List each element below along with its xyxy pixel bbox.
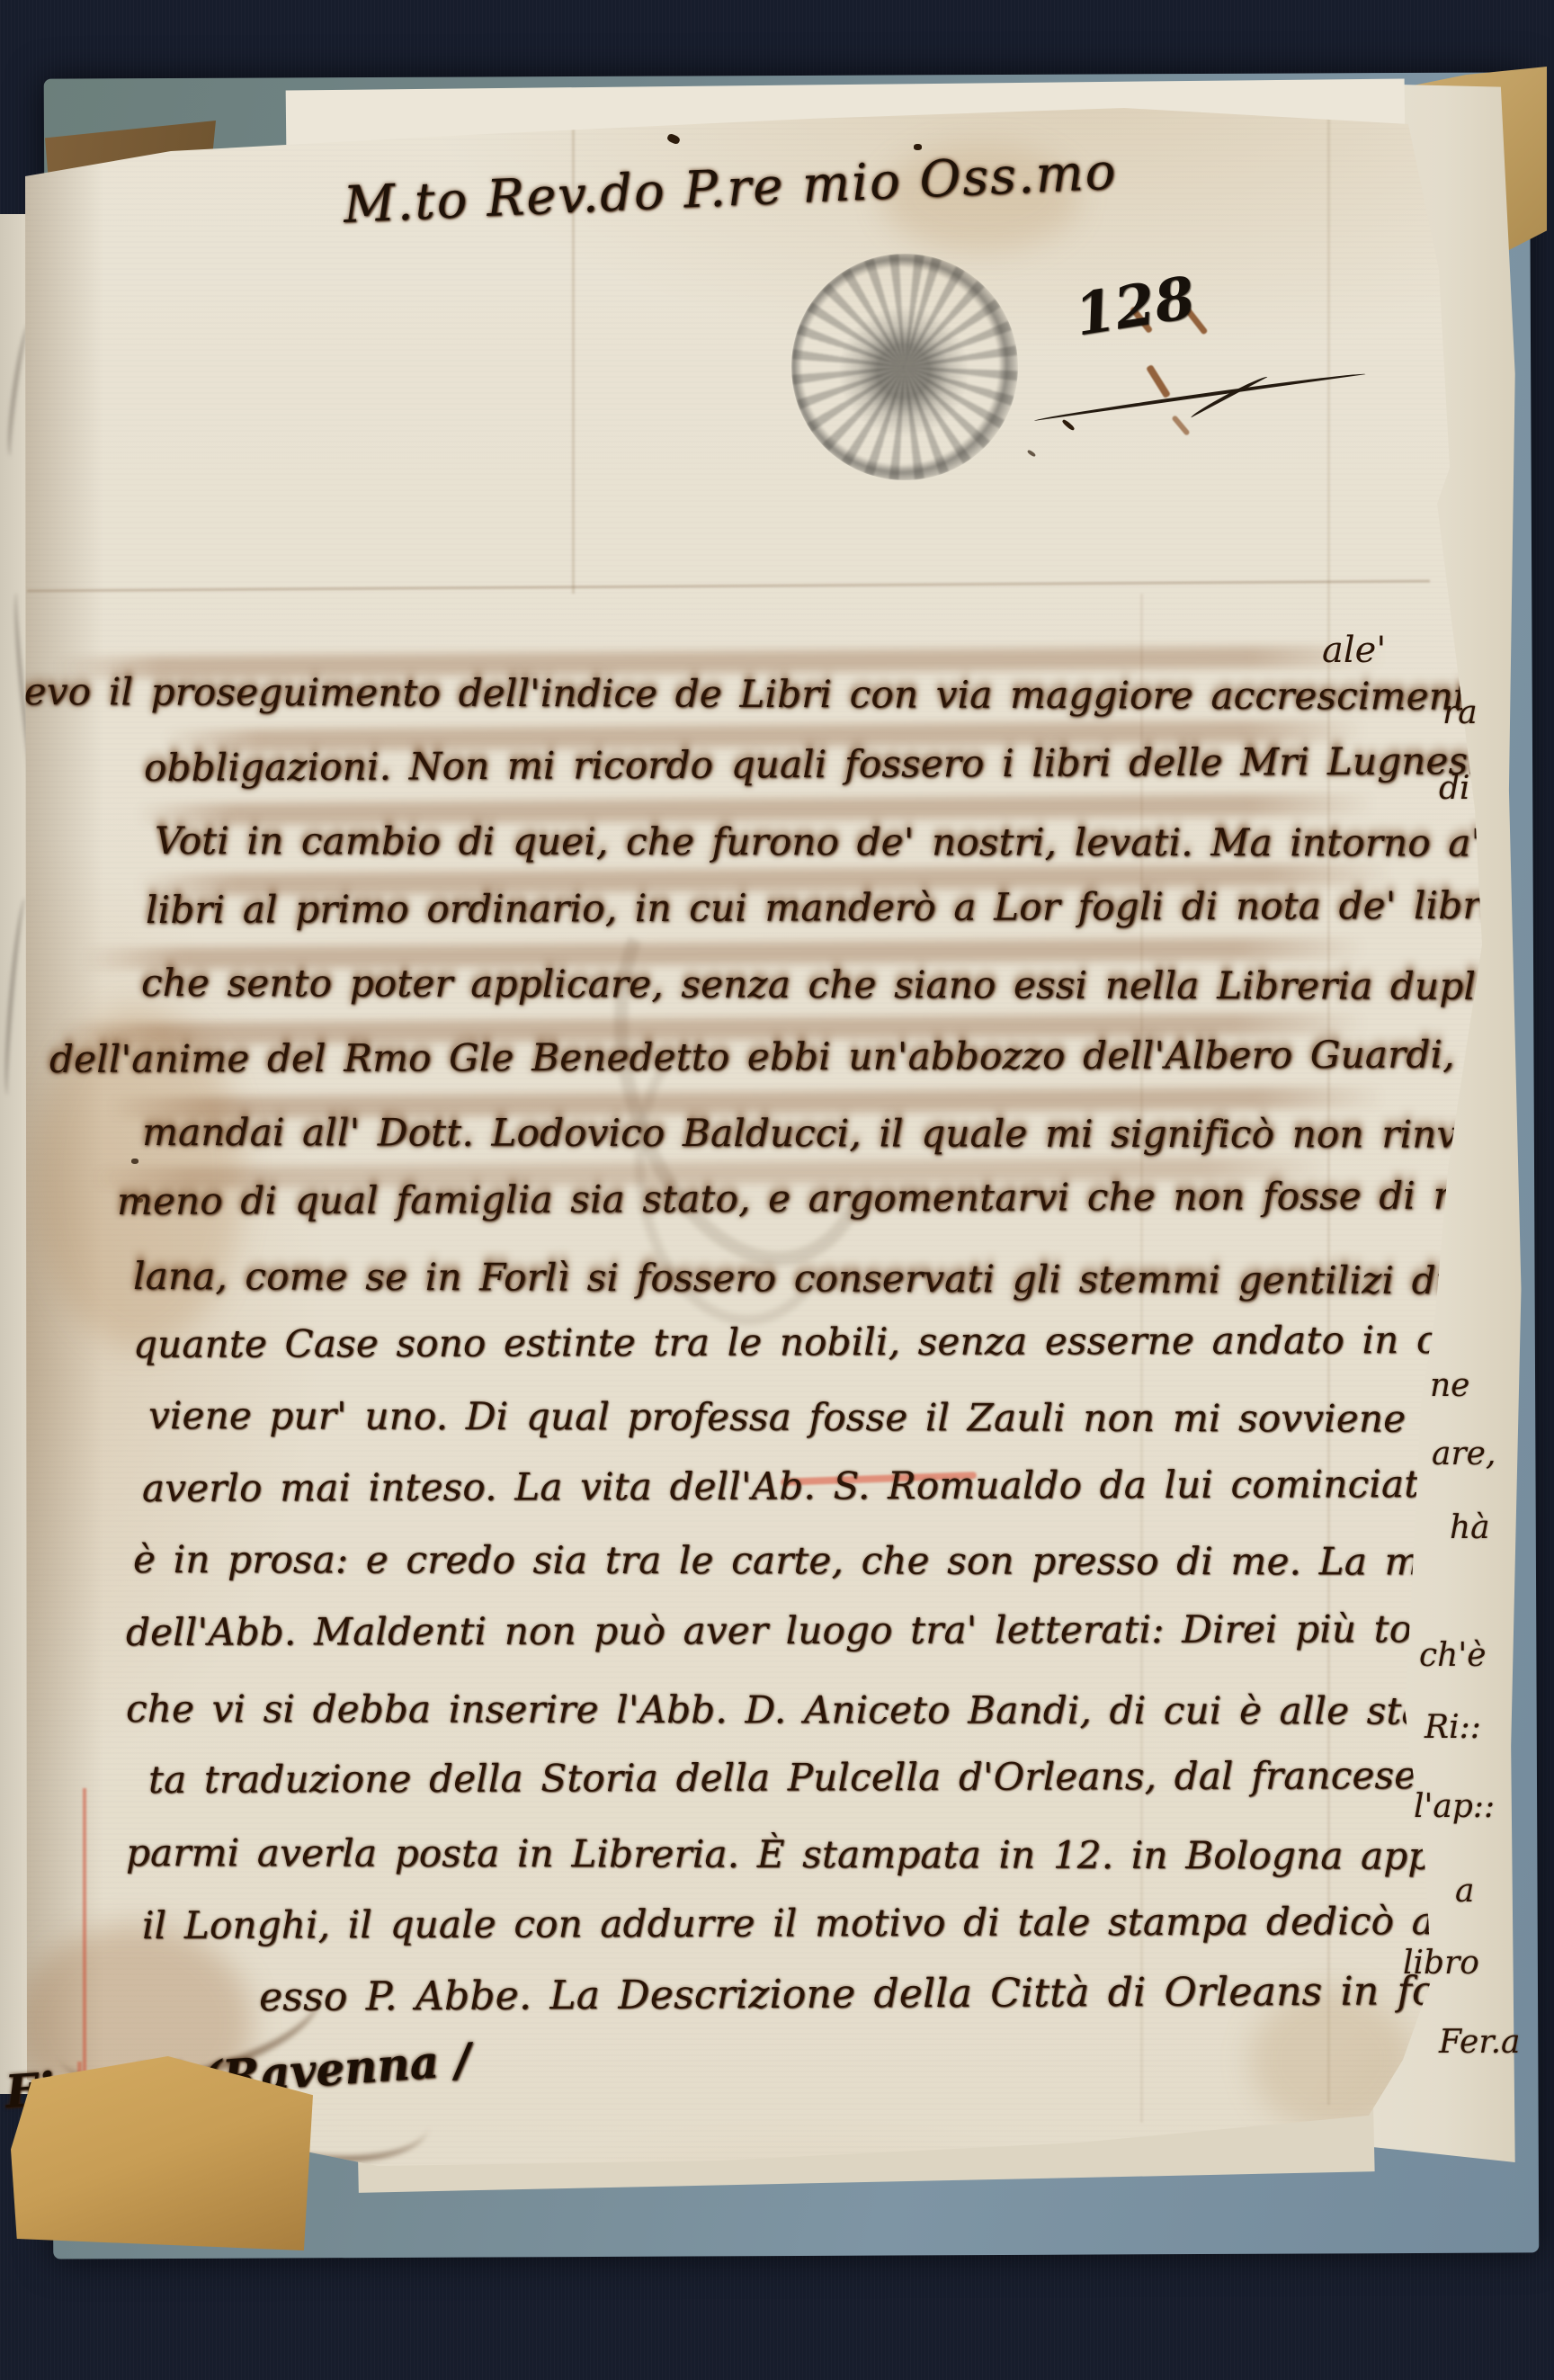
manuscript-line: averlo mai inteso. La vita dell'Ab. S. R… xyxy=(142,1465,1442,1508)
manuscript-line: dell'Abb. Maldenti non può aver luogo tr… xyxy=(126,1610,1470,1651)
ink-speck xyxy=(666,132,681,145)
manuscript-photograph: M.to Rev.do P.re mio Oss.mo 128 cevo il … xyxy=(0,0,1554,2380)
manuscript-line: meno di qual famiglia sia stato, e argom… xyxy=(117,1177,1554,1221)
vertical-fold-crease xyxy=(1327,117,1330,2105)
manuscript-line: il Longhi, il quale con addurre il motiv… xyxy=(142,1902,1459,1945)
manuscript-line: quante Case sono estinte tra le nobili, … xyxy=(133,1321,1514,1364)
horizontal-fold-crease xyxy=(27,580,1430,593)
ink-speck xyxy=(914,144,922,150)
red-chalk-line xyxy=(83,1788,86,2085)
manuscript-line: è in prosa: e credo sia tra le carte, ch… xyxy=(133,1541,1554,1581)
ink-speck xyxy=(1027,449,1036,457)
manuscript-line: ta traduzione della Storia della Pulcell… xyxy=(148,1757,1469,1799)
letter-page: M.to Rev.do P.re mio Oss.mo 128 cevo il … xyxy=(0,0,1554,2380)
ink-speck xyxy=(131,1159,138,1164)
manuscript-line: cevo il proseguimento dell'indice de Lib… xyxy=(3,673,1554,716)
rust-mark xyxy=(1146,364,1171,398)
manuscript-line: esso P. Abbe. La Descrizione della Città… xyxy=(259,1971,1554,2018)
manuscript-line: dell'anime del Rmo Gle Benedetto ebbi un… xyxy=(49,1035,1554,1078)
rust-mark xyxy=(1171,415,1190,436)
manuscript-line: viene pur' uno. Di qual professa fosse i… xyxy=(148,1397,1406,1438)
manuscript-line: obbligazioni. Non mi ricordo quali fosse… xyxy=(144,742,1534,787)
manuscript-line: mandai all' Dott. Lodovico Balducci, il … xyxy=(142,1114,1554,1154)
manuscript-line: parmi averla posta in Libreria. È stampa… xyxy=(126,1834,1535,1875)
circular-ink-stamp xyxy=(767,229,1041,504)
ink-speck xyxy=(1061,418,1075,431)
folio-number: 128 xyxy=(1070,264,1200,350)
pen-flourish xyxy=(1034,371,1366,421)
manuscript-line: Voti in cambio di quei, che furono de' n… xyxy=(155,822,1554,863)
manuscript-line: che vi si debba inserire l'Abb. D. Anice… xyxy=(126,1690,1554,1731)
manuscript-line: libri al primo ordinario, in cui manderò… xyxy=(146,886,1554,929)
partial-line-fragment: ale' xyxy=(1322,630,1386,671)
manuscript-line: che sento poter applicare, senza che sia… xyxy=(141,964,1554,1006)
tape-patch-bottom-left xyxy=(11,2056,313,2250)
manuscript-line: lana, come se in Forlì si fossero conser… xyxy=(133,1257,1449,1300)
